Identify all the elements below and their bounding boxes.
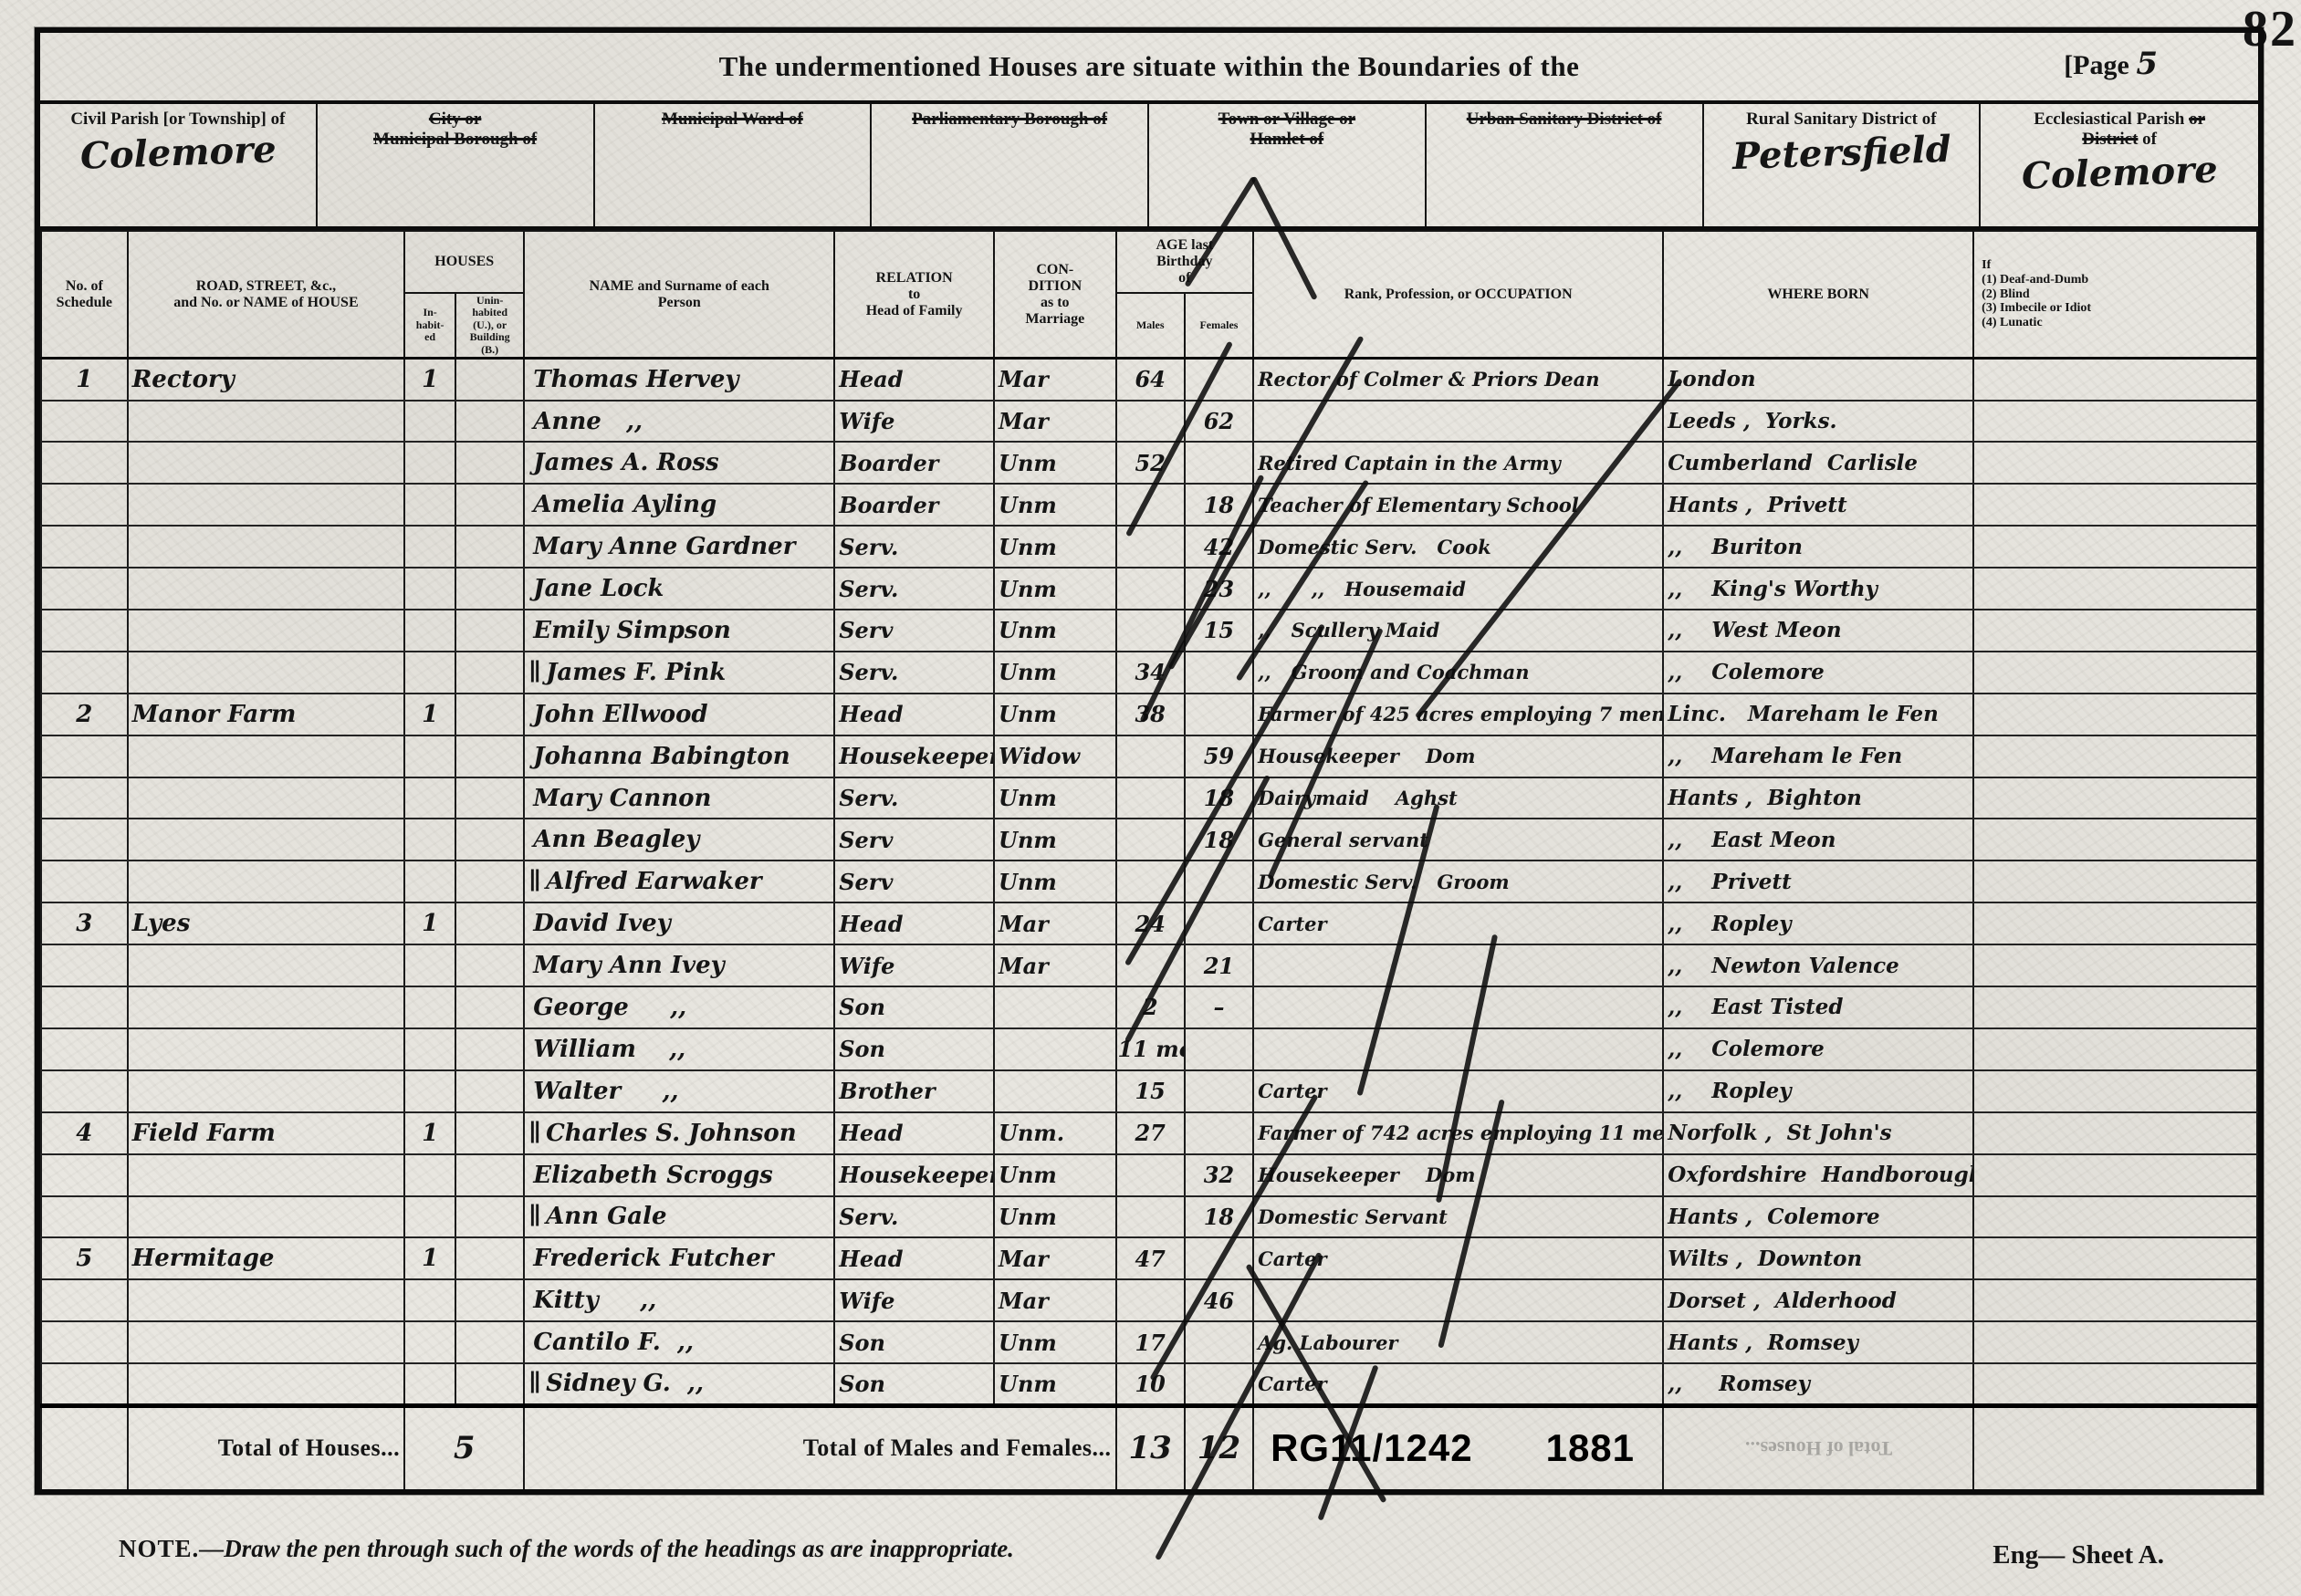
- col-header-uninhabited: Unin- habited (U.), or Building (B.): [455, 293, 524, 359]
- relation-cell: Brother: [834, 1070, 994, 1112]
- uninhabited-cell: [455, 735, 524, 777]
- inhabited-cell: [404, 401, 455, 443]
- census-row: Anne ,,WifeMar62Leeds , Yorks.: [41, 401, 2257, 443]
- census-row: Mary CannonServ.Unm18Dairymaid AghstHant…: [41, 777, 2257, 819]
- uninhabited-cell: [455, 1321, 524, 1363]
- uninhabited-cell: [455, 1279, 524, 1321]
- uninhabited-cell: [455, 1237, 524, 1279]
- person-name: James A. Ross: [533, 449, 718, 476]
- census-row: 5Hermitage1Frederick FutcherHeadMar47Car…: [41, 1237, 2257, 1279]
- schedule-cell: [41, 1070, 128, 1112]
- house-name-cell: [128, 819, 405, 861]
- where-born-cell: Cumberland Carlisle: [1663, 442, 1973, 484]
- condition-cell: [994, 1070, 1116, 1112]
- col-header-road: ROAD, STREET, &c., and No. or NAME of HO…: [128, 231, 405, 359]
- condition-cell: Unm: [994, 1196, 1116, 1238]
- house-name-cell: [128, 777, 405, 819]
- where-born-cell: Linc. Mareham le Fen: [1663, 694, 1973, 735]
- inhabited-cell: 1: [404, 694, 455, 735]
- inhabited-cell: [404, 526, 455, 568]
- disabilities-cell: [1973, 1196, 2257, 1238]
- totals-ghost-cell: Total of Houses...: [1663, 1405, 1973, 1489]
- census-table-wrap: No. of Schedule ROAD, STREET, &c., and N…: [40, 230, 2258, 1489]
- relation-cell: Wife: [834, 401, 994, 443]
- sheet-label: Eng— Sheet A.: [1992, 1540, 2164, 1570]
- age-male-cell: [1116, 1196, 1185, 1238]
- age-female-cell: [1185, 694, 1253, 735]
- person-name: David Ivey: [533, 910, 671, 937]
- schedule-cell: [41, 735, 128, 777]
- age-female-cell: 21: [1185, 944, 1253, 986]
- person-name-cell: Cantilo F. ,,: [524, 1321, 834, 1363]
- uninhabited-cell: [455, 694, 524, 735]
- boundary-rural-sanitary-label: Rural Sanitary District of: [1746, 110, 1936, 130]
- inhabited-cell: 1: [404, 1237, 455, 1279]
- schedule-cell: [41, 1154, 128, 1196]
- census-row: Elizabeth ScroggsHousekeeperUnm32Houseke…: [41, 1154, 2257, 1196]
- relation-cell: Head: [834, 359, 994, 401]
- condition-cell: Unm: [994, 568, 1116, 610]
- person-name-cell: Anne ,,: [524, 401, 834, 443]
- schedule-cell: [41, 777, 128, 819]
- condition-cell: Mar: [994, 1279, 1116, 1321]
- schedule-cell: [41, 1196, 128, 1238]
- sheet-title: The undermentioned Houses are situate wi…: [719, 50, 1580, 83]
- house-name-cell: [128, 735, 405, 777]
- person-name: George ,,: [533, 994, 686, 1021]
- census-row: Mary Ann IveyWifeMar21,, Newton Valence: [41, 944, 2257, 986]
- relation-cell: Housekeeper: [834, 735, 994, 777]
- person-name: Mary Cannon: [533, 785, 711, 812]
- condition-cell: [994, 986, 1116, 1028]
- caret-mark: ∥: [528, 1203, 541, 1230]
- where-born-cell: Hants , Romsey: [1663, 1321, 1973, 1363]
- totals-males-females-label: Total of Males and Females...: [524, 1405, 1115, 1489]
- person-name-cell: Walter ,,: [524, 1070, 834, 1112]
- person-name: Mary Ann Ivey: [533, 952, 724, 979]
- condition-cell: Mar: [994, 944, 1116, 986]
- occupation-cell: Ag. Labourer: [1253, 1321, 1663, 1363]
- totals-row: Total of Houses... 5 Total of Males and …: [41, 1405, 2257, 1489]
- col-header-schedule: No. of Schedule: [41, 231, 128, 359]
- relation-cell: Serv: [834, 819, 994, 861]
- occupation-cell: Domestic Serv. Groom: [1253, 861, 1663, 902]
- census-page-scan: { "page": { "corner_number": "82", "page…: [0, 0, 2301, 1596]
- age-female-cell: [1185, 442, 1253, 484]
- relation-cell: Serv: [834, 610, 994, 652]
- census-row: William ,,Son11 mo,, Colemore: [41, 1028, 2257, 1070]
- schedule-cell: [41, 484, 128, 526]
- person-name-cell: ∥Ann Gale: [524, 1196, 834, 1238]
- schedule-cell: [41, 1363, 128, 1405]
- inhabited-cell: [404, 1363, 455, 1405]
- age-male-cell: 15: [1116, 1070, 1185, 1112]
- relation-cell: Serv.: [834, 777, 994, 819]
- person-name-cell: George ,,: [524, 986, 834, 1028]
- house-name-cell: Manor Farm: [128, 694, 405, 735]
- person-name-cell: Ann Beagley: [524, 819, 834, 861]
- relation-cell: Head: [834, 902, 994, 944]
- relation-cell: Serv.: [834, 526, 994, 568]
- schedule-cell: [41, 652, 128, 694]
- person-name: Ann Beagley: [533, 826, 699, 853]
- boundary-ecclesiastical-struck-district: District: [2082, 130, 2138, 149]
- house-name-cell: [128, 610, 405, 652]
- page-label-prefix: [Page: [2064, 50, 2129, 80]
- person-name: Kitty ,,: [533, 1287, 656, 1314]
- boundary-ecclesiastical-value: Colemore: [2021, 148, 2218, 197]
- boundary-ecclesiastical-pre: Ecclesiastical Parish: [2034, 110, 2184, 129]
- census-table: No. of Schedule ROAD, STREET, &c., and N…: [40, 230, 2258, 1489]
- col-header-relation: RELATION to Head of Family: [834, 231, 994, 359]
- disabilities-cell: [1973, 735, 2257, 777]
- person-name-cell: Frederick Futcher: [524, 1237, 834, 1279]
- person-name: Cantilo F. ,,: [533, 1329, 694, 1356]
- person-name: Thomas Hervey: [533, 366, 738, 393]
- schedule-cell: [41, 1279, 128, 1321]
- uninhabited-cell: [455, 568, 524, 610]
- boundary-header-row: Civil Parish [or Township] of Colemore C…: [40, 104, 2258, 230]
- where-born-cell: Leeds , Yorks.: [1663, 401, 1973, 443]
- house-name-cell: Rectory: [128, 359, 405, 401]
- house-name-cell: Lyes: [128, 902, 405, 944]
- age-male-cell: [1116, 401, 1185, 443]
- person-name: Jane Lock: [533, 575, 664, 602]
- schedule-cell: [41, 1321, 128, 1363]
- inhabited-cell: [404, 568, 455, 610]
- person-name: Sidney G. ,,: [546, 1370, 704, 1397]
- person-name-cell: ∥Charles S. Johnson: [524, 1112, 834, 1154]
- col-header-disabilities: If (1) Deaf-and-Dumb (2) Blind (3) Imbec…: [1973, 231, 2257, 359]
- age-male-cell: [1116, 777, 1185, 819]
- uninhabited-cell: [455, 1154, 524, 1196]
- boundary-rural-sanitary: Rural Sanitary District of Petersfield: [1704, 104, 1982, 226]
- caret-mark: ∥: [528, 1120, 541, 1147]
- boundary-civil-parish-label: Civil Parish [or Township] of: [70, 110, 285, 130]
- archive-reference-stamp: RG11/1242: [1271, 1426, 1473, 1470]
- age-male-cell: [1116, 610, 1185, 652]
- page-label: [Page 5: [2064, 46, 2158, 82]
- relation-cell: Housekeeper: [834, 1154, 994, 1196]
- disabilities-cell: [1973, 1363, 2257, 1405]
- age-female-cell: [1185, 1112, 1253, 1154]
- uninhabited-cell: [455, 652, 524, 694]
- col-header-males: Males: [1116, 293, 1185, 359]
- boundary-urban-sanitary: Urban Sanitary District of: [1427, 104, 1704, 226]
- disabilities-cell: [1973, 1279, 2257, 1321]
- boundary-city-borough-label: City or Municipal Borough of: [373, 110, 537, 150]
- where-born-cell: ,, East Tisted: [1663, 986, 1973, 1028]
- uninhabited-cell: [455, 986, 524, 1028]
- age-male-cell: [1116, 735, 1185, 777]
- house-name-cell: [128, 1321, 405, 1363]
- boundary-civil-parish-value: Colemore: [79, 128, 277, 177]
- person-name-cell: Kitty ,,: [524, 1279, 834, 1321]
- footer-note-text: —Draw the pen through such of the words …: [199, 1535, 1014, 1562]
- census-row: Kitty ,,WifeMar46Dorset , Alderhood: [41, 1279, 2257, 1321]
- disabilities-cell: [1973, 986, 2257, 1028]
- person-name: Emily Simpson: [533, 617, 730, 644]
- inhabited-cell: [404, 1279, 455, 1321]
- disabilities-cell: [1973, 944, 2257, 986]
- boundary-urban-sanitary-label: Urban Sanitary District of: [1467, 110, 1662, 130]
- census-sheet: The undermentioned Houses are situate wi…: [35, 27, 2264, 1495]
- where-born-cell: ,, Ropley: [1663, 1070, 1973, 1112]
- occupation-cell: [1253, 944, 1663, 986]
- condition-cell: Mar: [994, 359, 1116, 401]
- person-name-cell: David Ivey: [524, 902, 834, 944]
- person-name-cell: ∥Alfred Earwaker: [524, 861, 834, 902]
- census-row: Cantilo F. ,,SonUnm17Ag. LabourerHants ,…: [41, 1321, 2257, 1363]
- person-name-cell: Amelia Ayling: [524, 484, 834, 526]
- uninhabited-cell: [455, 526, 524, 568]
- uninhabited-cell: [455, 1028, 524, 1070]
- house-name-cell: [128, 1279, 405, 1321]
- schedule-cell: [41, 401, 128, 443]
- uninhabited-cell: [455, 1196, 524, 1238]
- uninhabited-cell: [455, 1112, 524, 1154]
- inhabited-cell: [404, 777, 455, 819]
- person-name-cell: William ,,: [524, 1028, 834, 1070]
- disabilities-cell: [1973, 1028, 2257, 1070]
- where-born-cell: ,, Ropley: [1663, 902, 1973, 944]
- relation-cell: Serv.: [834, 568, 994, 610]
- schedule-cell: [41, 526, 128, 568]
- census-row: Jane LockServ.Unm23,, ,, Housemaid,, Kin…: [41, 568, 2257, 610]
- where-born-cell: ,, Newton Valence: [1663, 944, 1973, 986]
- person-name-cell: Mary Ann Ivey: [524, 944, 834, 986]
- caret-mark: ∥: [528, 1370, 541, 1397]
- inhabited-cell: [404, 484, 455, 526]
- relation-cell: Wife: [834, 944, 994, 986]
- age-male-cell: 10: [1116, 1363, 1185, 1405]
- uninhabited-cell: [455, 442, 524, 484]
- boundary-town-village: Town or Village or Hamlet of: [1149, 104, 1427, 226]
- schedule-cell: [41, 819, 128, 861]
- col-header-inhabited: In- habit- ed: [404, 293, 455, 359]
- condition-cell: Unm: [994, 1363, 1116, 1405]
- boundary-municipal-ward-label: Municipal Ward of: [662, 110, 803, 130]
- age-female-cell: [1185, 1028, 1253, 1070]
- col-header-females: Females: [1185, 293, 1253, 359]
- relation-cell: Head: [834, 694, 994, 735]
- age-male-cell: [1116, 819, 1185, 861]
- footer-note: NOTE.—Draw the pen through such of the w…: [119, 1535, 1014, 1563]
- person-name: Elizabeth Scroggs: [533, 1162, 773, 1189]
- house-name-cell: [128, 1363, 405, 1405]
- house-name-cell: [128, 861, 405, 902]
- house-name-cell: [128, 442, 405, 484]
- where-born-cell: Dorset , Alderhood: [1663, 1279, 1973, 1321]
- person-name: Frederick Futcher: [533, 1245, 773, 1272]
- relation-cell: Head: [834, 1237, 994, 1279]
- relation-cell: Son: [834, 1028, 994, 1070]
- totals-houses-value: 5: [404, 1405, 524, 1489]
- where-born-cell: ,, Colemore: [1663, 652, 1973, 694]
- house-name-cell: [128, 944, 405, 986]
- house-name-cell: [128, 1070, 405, 1112]
- person-name: John Ellwood: [533, 701, 707, 728]
- disabilities-cell: [1973, 610, 2257, 652]
- schedule-cell: 2: [41, 694, 128, 735]
- age-female-cell: –: [1185, 986, 1253, 1028]
- age-female-cell: 32: [1185, 1154, 1253, 1196]
- age-male-cell: 47: [1116, 1237, 1185, 1279]
- uninhabited-cell: [455, 484, 524, 526]
- relation-cell: Son: [834, 986, 994, 1028]
- disabilities-cell: [1973, 1070, 2257, 1112]
- col-header-houses: HOUSES: [404, 231, 524, 293]
- condition-cell: Mar: [994, 902, 1116, 944]
- person-name: James F. Pink: [546, 659, 726, 686]
- caret-mark: ∥: [528, 868, 541, 895]
- schedule-cell: 4: [41, 1112, 128, 1154]
- person-name: Ann Gale: [546, 1203, 667, 1230]
- column-headers: No. of Schedule ROAD, STREET, &c., and N…: [41, 231, 2257, 359]
- house-name-cell: [128, 568, 405, 610]
- occupation-cell: ,, Scullery Maid: [1253, 610, 1663, 652]
- house-name-cell: [128, 1196, 405, 1238]
- relation-cell: Son: [834, 1363, 994, 1405]
- col-header-name: NAME and Surname of each Person: [524, 231, 834, 359]
- condition-cell: Unm: [994, 694, 1116, 735]
- inhabited-cell: [404, 1070, 455, 1112]
- inhabited-cell: [404, 861, 455, 902]
- where-born-cell: Wilts , Downton: [1663, 1237, 1973, 1279]
- where-born-cell: ,, Mareham le Fen: [1663, 735, 1973, 777]
- schedule-cell: 1: [41, 359, 128, 401]
- condition-cell: Mar: [994, 401, 1116, 443]
- totals-schedule-cell: [41, 1405, 128, 1489]
- relation-cell: Serv: [834, 861, 994, 902]
- where-born-cell: Oxfordshire Handborough: [1663, 1154, 1973, 1196]
- schedule-cell: 3: [41, 902, 128, 944]
- person-name-cell: ∥Sidney G. ,,: [524, 1363, 834, 1405]
- schedule-cell: 5: [41, 1237, 128, 1279]
- uninhabited-cell: [455, 359, 524, 401]
- person-name-cell: Mary Cannon: [524, 777, 834, 819]
- boundary-town-village-label: Town or Village or Hamlet of: [1218, 110, 1355, 150]
- person-name-cell: James A. Ross: [524, 442, 834, 484]
- census-row: Johanna BabingtonHousekeeperWidow59House…: [41, 735, 2257, 777]
- inhabited-cell: [404, 442, 455, 484]
- col-header-where-born: WHERE BORN: [1663, 231, 1973, 359]
- age-male-cell: [1116, 1279, 1185, 1321]
- house-name-cell: [128, 484, 405, 526]
- boundary-ecclesiastical-parish: Ecclesiastical Parish or District of Col…: [1981, 104, 2258, 226]
- disabilities-cell: [1973, 1112, 2257, 1154]
- footer-note-prefix: NOTE.: [119, 1535, 199, 1562]
- person-name-cell: Johanna Babington: [524, 735, 834, 777]
- age-male-cell: [1116, 568, 1185, 610]
- inhabited-cell: 1: [404, 1112, 455, 1154]
- disabilities-cell: [1973, 652, 2257, 694]
- disabilities-cell: [1973, 902, 2257, 944]
- census-row: ∥Ann GaleServ.Unm18Domestic ServantHants…: [41, 1196, 2257, 1238]
- disabilities-cell: [1973, 359, 2257, 401]
- col-header-condition: CON- DITION as to Marriage: [994, 231, 1116, 359]
- condition-cell: Unm: [994, 652, 1116, 694]
- condition-cell: Unm: [994, 1321, 1116, 1363]
- schedule-cell: [41, 610, 128, 652]
- census-rows: 1Rectory1Thomas HerveyHeadMar64Rector of…: [41, 359, 2257, 1406]
- census-row: Emily SimpsonServUnm15,, Scullery Maid,,…: [41, 610, 2257, 652]
- relation-cell: Serv.: [834, 652, 994, 694]
- census-row: ∥Sidney G. ,,SonUnm10Carter,, Romsey: [41, 1363, 2257, 1405]
- condition-cell: Unm: [994, 484, 1116, 526]
- where-born-cell: ,, West Meon: [1663, 610, 1973, 652]
- occupation-cell: [1253, 986, 1663, 1028]
- person-name: Charles S. Johnson: [546, 1120, 797, 1147]
- disabilities-cell: [1973, 694, 2257, 735]
- uninhabited-cell: [455, 944, 524, 986]
- age-male-cell: 27: [1116, 1112, 1185, 1154]
- inhabited-cell: 1: [404, 359, 455, 401]
- archive-stamp-cell: RG11/1242 1881: [1253, 1405, 1663, 1489]
- disabilities-cell: [1973, 442, 2257, 484]
- occupation-cell: Housekeeper Dom: [1253, 1154, 1663, 1196]
- census-row: ∥James F. PinkServ.Unm34,, Groom and Coa…: [41, 652, 2257, 694]
- boundary-parliamentary-borough: Parliamentary Borough of: [872, 104, 1149, 226]
- person-name-cell: Mary Anne Gardner: [524, 526, 834, 568]
- condition-cell: Widow: [994, 735, 1116, 777]
- boundary-ecclesiastical-post: of: [2142, 130, 2157, 149]
- condition-cell: Unm: [994, 526, 1116, 568]
- house-name-cell: [128, 401, 405, 443]
- inhabited-cell: [404, 944, 455, 986]
- schedule-cell: [41, 1028, 128, 1070]
- boundary-ecclesiastical-struck-or: or: [2189, 110, 2205, 129]
- disabilities-cell: [1973, 819, 2257, 861]
- inhabited-cell: [404, 652, 455, 694]
- person-name: Alfred Earwaker: [546, 868, 762, 895]
- where-born-cell: Hants , Privett: [1663, 484, 1973, 526]
- disabilities-cell: [1973, 484, 2257, 526]
- person-name: William ,,: [533, 1036, 685, 1063]
- uninhabited-cell: [455, 861, 524, 902]
- disabilities-cell: [1973, 1321, 2257, 1363]
- schedule-cell: [41, 568, 128, 610]
- condition-cell: Unm: [994, 610, 1116, 652]
- totals-houses-label: Total of Houses...: [128, 1405, 405, 1489]
- house-name-cell: [128, 526, 405, 568]
- boundary-city-borough: City or Municipal Borough of: [318, 104, 595, 226]
- relation-cell: Head: [834, 1112, 994, 1154]
- archive-year-stamp: 1881: [1546, 1426, 1635, 1470]
- house-name-cell: [128, 1154, 405, 1196]
- boundary-rural-sanitary-value: Petersfield: [1731, 128, 1951, 178]
- age-female-cell: [1185, 1321, 1253, 1363]
- occupation-cell: Teacher of Elementary School: [1253, 484, 1663, 526]
- totals-males-value: 13: [1116, 1405, 1185, 1489]
- uninhabited-cell: [455, 610, 524, 652]
- boundary-ecclesiastical-label: Ecclesiastical Parish or District of: [2034, 110, 2205, 150]
- boundary-civil-parish: Civil Parish [or Township] of Colemore: [40, 104, 318, 226]
- relation-cell: Serv.: [834, 1196, 994, 1238]
- disabilities-cell: [1973, 568, 2257, 610]
- condition-cell: [994, 1028, 1116, 1070]
- occupation-cell: Rector of Colmer & Priors Dean: [1253, 359, 1663, 401]
- person-name-cell: Elizabeth Scroggs: [524, 1154, 834, 1196]
- inhabited-cell: [404, 610, 455, 652]
- relation-cell: Boarder: [834, 484, 994, 526]
- person-name: Amelia Ayling: [533, 491, 716, 518]
- house-name-cell: [128, 986, 405, 1028]
- person-name-cell: Emily Simpson: [524, 610, 834, 652]
- census-row: 4Field Farm1∥Charles S. JohnsonHeadUnm.2…: [41, 1112, 2257, 1154]
- uninhabited-cell: [455, 902, 524, 944]
- inhabited-cell: [404, 1321, 455, 1363]
